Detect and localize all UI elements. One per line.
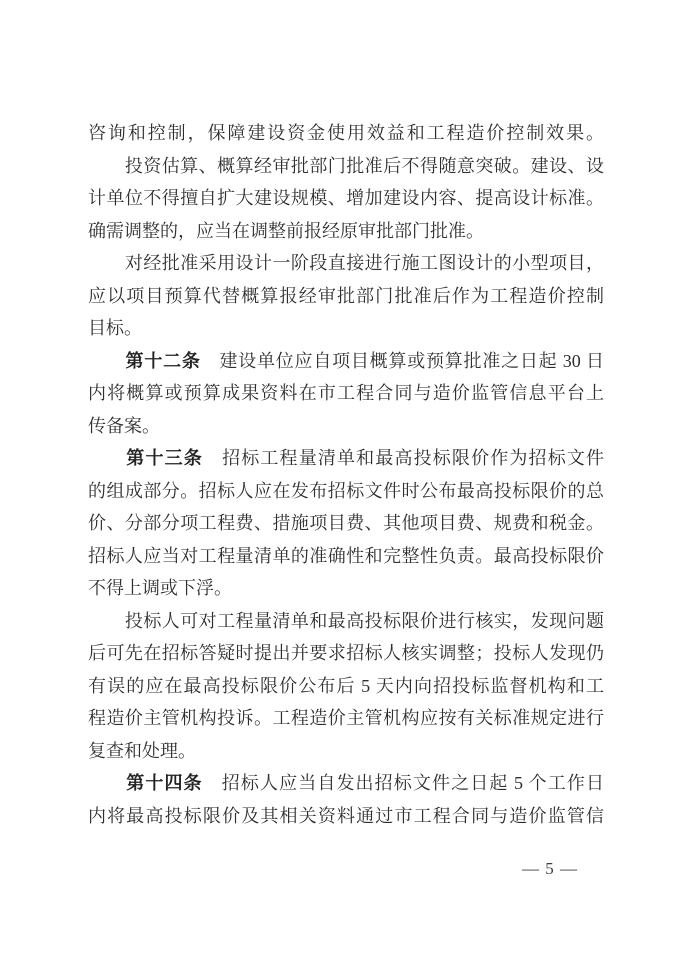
- text-line: 复查和处理。: [88, 735, 604, 768]
- line-text: 复查和处理。: [88, 741, 196, 761]
- text-line: 招标人应当对工程量清单的准确性和完整性负责。最高投标限价: [88, 540, 604, 573]
- line-text: 建设单位应自项目概算或预算批准之日起 30 日: [201, 351, 604, 371]
- line-text: 计单位不得擅自扩大建设规模、增加建设内容、提高设计标准。: [88, 188, 604, 208]
- text-line: 后可先在招标答疑时提出并要求招标人核实调整；投标人发现仍: [88, 637, 604, 670]
- line-text: 有误的应在最高投标限价公布后 5 天内向招投标监督机构和工: [88, 676, 604, 696]
- article-number-13: 第十三条: [88, 448, 203, 468]
- line-text: 程造价主管机构投诉。工程造价主管机构应按有关标准规定进行: [88, 708, 604, 728]
- line-text: 对经批准采用设计一阶段直接进行施工图设计的小型项目，: [88, 253, 604, 273]
- text-line: 应以项目预算代替概算报经审批部门批准后作为工程造价控制: [88, 280, 604, 313]
- text-line: 第十三条 招标工程量清单和最高投标限价作为招标文件: [88, 442, 604, 475]
- line-text: 的组成部分。招标人应在发布招标文件时公布最高投标限价的总: [88, 481, 604, 501]
- line-text: 招标人应当自发出招标文件之日起 5 个工作日: [203, 773, 604, 793]
- line-text: 传备案。: [88, 416, 160, 436]
- line-text: 后可先在招标答疑时提出并要求招标人核实调整；投标人发现仍: [88, 643, 604, 663]
- line-text: 应以项目预算代替概算报经审批部门批准后作为工程造价控制: [88, 286, 604, 306]
- text-line: 投资估算、概算经审批部门批准后不得随意突破。建设、设: [88, 150, 604, 183]
- document-page: 咨询和控制，保障建设资金使用效益和工程造价控制效果。 投资估算、概算经审批部门批…: [0, 0, 680, 962]
- document-body-text: 咨询和控制，保障建设资金使用效益和工程造价控制效果。 投资估算、概算经审批部门批…: [88, 117, 604, 832]
- line-text: 目标。: [88, 318, 142, 338]
- line-text: 投标人可对工程量清单和最高投标限价进行核实，发现问题: [88, 611, 604, 631]
- line-text: 招标工程量清单和最高投标限价作为招标文件: [203, 448, 604, 468]
- line-text: 投资估算、概算经审批部门批准后不得随意突破。建设、设: [88, 156, 604, 176]
- text-line: 计单位不得擅自扩大建设规模、增加建设内容、提高设计标准。: [88, 182, 604, 215]
- text-line: 程造价主管机构投诉。工程造价主管机构应按有关标准规定进行: [88, 702, 604, 735]
- text-line: 咨询和控制，保障建设资金使用效益和工程造价控制效果。: [88, 117, 604, 150]
- line-text: 咨询和控制，保障建设资金使用效益和工程造价控制效果。: [88, 123, 604, 143]
- text-line: 对经批准采用设计一阶段直接进行施工图设计的小型项目，: [88, 247, 604, 280]
- article-number-14: 第十四条: [88, 773, 203, 793]
- text-line: 第十四条 招标人应当自发出招标文件之日起 5 个工作日: [88, 767, 604, 800]
- line-text: 不得上调或下浮。: [88, 578, 232, 598]
- text-line: 内将最高投标限价及其相关资料通过市工程合同与造价监管信: [88, 800, 604, 833]
- line-text: 内将概算或预算成果资料在市工程合同与造价监管信息平台上: [88, 383, 604, 403]
- text-line: 有误的应在最高投标限价公布后 5 天内向招投标监督机构和工: [88, 670, 604, 703]
- text-line: 内将概算或预算成果资料在市工程合同与造价监管信息平台上: [88, 377, 604, 410]
- line-text: 招标人应当对工程量清单的准确性和完整性负责。最高投标限价: [88, 546, 604, 566]
- line-text: 确需调整的，应当在调整前报经原审批部门批准。: [88, 221, 484, 241]
- text-line: 第十二条 建设单位应自项目概算或预算批准之日起 30 日: [88, 345, 604, 378]
- page-number: — 5 —: [0, 859, 578, 879]
- article-number-12: 第十二条: [88, 351, 201, 371]
- line-text: 内将最高投标限价及其相关资料通过市工程合同与造价监管信: [88, 806, 604, 826]
- text-line: 价、分部分项工程费、措施项目费、其他项目费、规费和税金。: [88, 507, 604, 540]
- text-line: 不得上调或下浮。: [88, 572, 604, 605]
- text-line: 传备案。: [88, 410, 604, 443]
- text-line: 目标。: [88, 312, 604, 345]
- line-text: 价、分部分项工程费、措施项目费、其他项目费、规费和税金。: [88, 513, 604, 533]
- text-line: 的组成部分。招标人应在发布招标文件时公布最高投标限价的总: [88, 475, 604, 508]
- text-line: 投标人可对工程量清单和最高投标限价进行核实，发现问题: [88, 605, 604, 638]
- text-line: 确需调整的，应当在调整前报经原审批部门批准。: [88, 215, 604, 248]
